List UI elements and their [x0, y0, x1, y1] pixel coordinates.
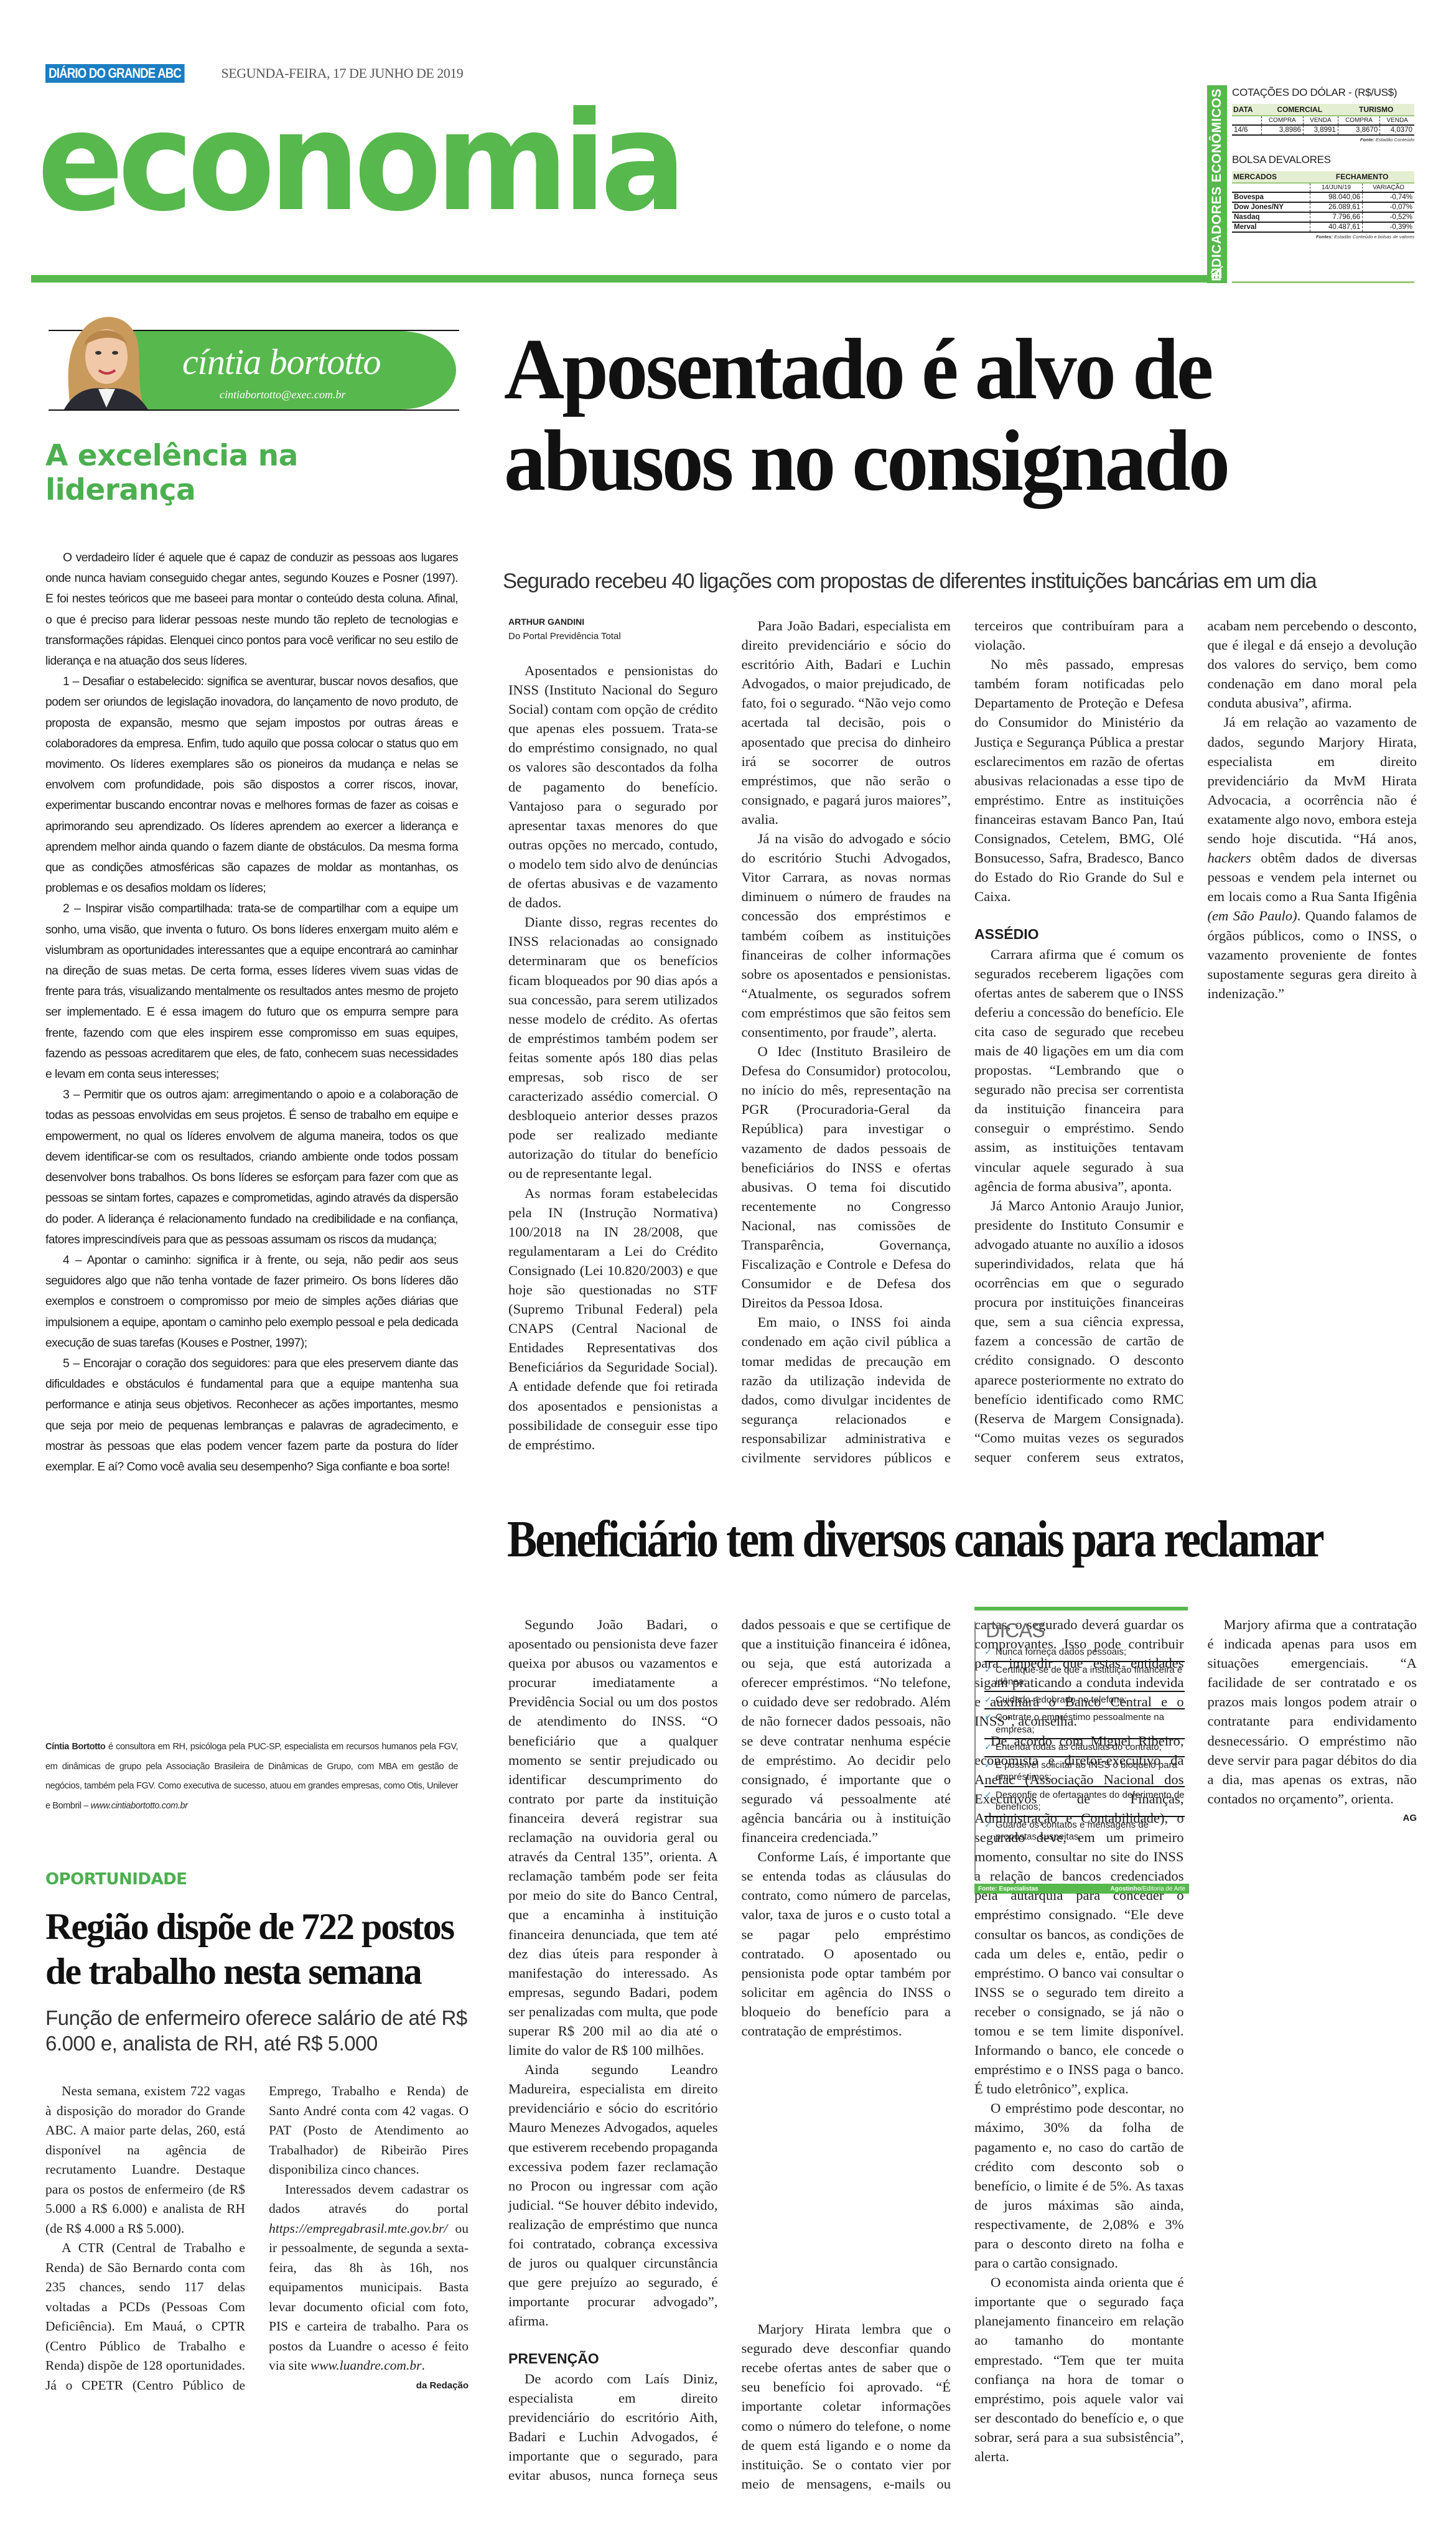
- cell-value: 4,0370: [1380, 125, 1414, 135]
- newspaper-logo[interactable]: DIÁRIO DO GRANDE ABC: [45, 64, 184, 83]
- col-header: FECHAMENTO: [1310, 171, 1414, 183]
- main-story-body: ARTHUR GANDINI Do Portal Previdência Tot…: [508, 616, 1417, 1481]
- list-item: ✓Guarde os contatos e mensagens de propo…: [984, 1817, 1185, 1846]
- table-row: Merval 40.487,61 -0,39%: [1232, 222, 1414, 232]
- cell-market: Nasdaq: [1232, 212, 1310, 222]
- checkmark-icon: ✓: [984, 1664, 993, 1688]
- paragraph: O empréstimo pode descontar, no máximo, …: [974, 2098, 1184, 2273]
- story-deck: Função de enfermeiro oferece salário de …: [45, 2005, 481, 2057]
- list-item: ✓Nunca forneça dados pessoais;: [984, 1644, 1185, 1662]
- sub-header: VARIAÇÃO: [1363, 183, 1414, 192]
- column-body: O verdadeiro líder é aquele que é capaz …: [45, 548, 458, 1477]
- sub-header: [1232, 116, 1261, 125]
- tips-box-spacer: [742, 2040, 951, 2319]
- paragraph: Conforme Laís, é importante que se enten…: [742, 1847, 951, 2040]
- sub-header: 14/JUN/19: [1310, 183, 1362, 192]
- paragraph: O verdadeiro líder é aquele que é capaz …: [45, 548, 458, 671]
- cell-close: 7.796,66: [1310, 212, 1362, 222]
- tips-title: DICAS: [986, 1619, 1045, 1642]
- list-item: ✓É possível solicitar ao INSS o bloqueio…: [984, 1757, 1185, 1787]
- indicators-label: INDICADORES ECONÔMICOS: [1210, 88, 1225, 281]
- cell-change: -0,07%: [1363, 202, 1414, 212]
- sub-header: COMPRA: [1261, 116, 1303, 125]
- story-credit: da Redação: [400, 2376, 469, 2396]
- section-title: economia: [37, 93, 681, 230]
- tips-source: Fonte: Especialistas: [978, 1886, 1038, 1892]
- checkmark-icon: ✓: [984, 1646, 993, 1658]
- list-item: ✓Certifique-se de que a instituição fina…: [984, 1662, 1185, 1692]
- tips-list: ✓Nunca forneça dados pessoais; ✓Certifiq…: [984, 1644, 1185, 1846]
- paragraph: 3 – Permitir que os outros ajam: arregim…: [45, 1085, 458, 1250]
- cell-market: Dow Jones/NY: [1232, 202, 1310, 212]
- table-row: Dow Jones/NY 26.089,61 -0,07%: [1232, 202, 1414, 212]
- list-item: ✓Cuidado redobrado no telefone;: [984, 1692, 1185, 1710]
- empregabrasil-link[interactable]: https://empregabrasil.mte.gov.br/: [269, 2221, 447, 2236]
- tips-box: DICAS ✓Nunca forneça dados pessoais; ✓Ce…: [974, 1607, 1189, 1899]
- economic-indicators-box: INDICADORES ECONÔMICOS COTAÇÕES DO DÓLAR…: [1207, 85, 1422, 284]
- paragraph: Nesta semana, existem 722 vagas à dispos…: [45, 2082, 245, 2238]
- paragraph: 1 – Desafiar o estabelecido: significa s…: [45, 671, 458, 899]
- art-credit: Agostinho/Editoria de Arte: [1110, 1886, 1185, 1892]
- cell-change: -0,39%: [1363, 222, 1414, 232]
- cell-value: 3,8986: [1261, 125, 1303, 135]
- columnist-email-link[interactable]: cintiabortotto@exec.com.br: [220, 388, 346, 401]
- dollar-quotes-title: COTAÇÕES DO DÓLAR - (R$/US$): [1232, 86, 1414, 99]
- checkmark-icon: ✓: [984, 1694, 993, 1706]
- secondary-story-body: Segundo João Badari, o aposentado ou pen…: [508, 1615, 1417, 2499]
- checkmark-icon: ✓: [984, 1789, 993, 1813]
- cell-change: -0,52%: [1363, 212, 1414, 222]
- bio-author-name: Cíntia Bortotto: [45, 1742, 105, 1752]
- story-body: Nesta semana, existem 722 vagas à dispos…: [45, 2082, 469, 2395]
- tips-side-rule: [974, 1622, 976, 1880]
- paragraph: O Idec (Instituto Brasileiro de Defesa d…: [742, 1042, 951, 1312]
- columnist-name: cíntia bortotto: [182, 341, 381, 383]
- cell-market: Bovespa: [1232, 192, 1310, 202]
- dollar-source: Fonte: Estadão Conteúdo: [1232, 137, 1414, 143]
- checkmark-icon: ✓: [984, 1741, 993, 1754]
- tips-footer: Fonte: Especialistas Agostinho/Editoria …: [974, 1884, 1189, 1894]
- paragraph: 4 – Apontar o caminho: significa ir à fr…: [45, 1250, 458, 1353]
- col-header: COMERCIAL: [1261, 104, 1338, 116]
- cell-change: -0,74%: [1363, 192, 1414, 202]
- paragraph: O economista ainda orienta que é importa…: [974, 2273, 1184, 2466]
- paragraph: Marjory afirma que a contratação é indic…: [1208, 1615, 1417, 1808]
- sub-header: COMPRA: [1338, 116, 1379, 125]
- cell-close: 40.487,61: [1310, 222, 1362, 232]
- cell-value: 3,8991: [1303, 125, 1338, 135]
- table-row: Bovespa 98.040,06 -0,74%: [1232, 192, 1414, 202]
- story-headline: Região dispõe de 722 postos de trabalho …: [45, 1904, 481, 1994]
- chart-trend-icon: [1210, 266, 1224, 279]
- col-header: MERCADOS: [1232, 171, 1310, 183]
- byline-organization: Do Portal Previdência Total: [508, 627, 718, 646]
- indicators-sidebar: INDICADORES ECONÔMICOS: [1207, 85, 1227, 283]
- columnist-banner: cíntia bortotto cintiabortotto@exec.com.…: [45, 330, 459, 411]
- col-header: DATA: [1232, 104, 1261, 116]
- masthead-bar: DIÁRIO DO GRANDE ABC SEGUNDA-FEIRA, 17 D…: [45, 62, 463, 85]
- author-website-link[interactable]: www.cintiabortotto.com.br: [91, 1801, 188, 1811]
- sub-header: VENDA: [1303, 116, 1338, 125]
- paragraph: Já na visão do advogado e sócio do escri…: [742, 829, 951, 1042]
- checkmark-icon: ✓: [984, 1759, 993, 1783]
- paragraph: Para João Badari, especialista em direit…: [742, 616, 951, 829]
- columnist-photo: [45, 308, 157, 409]
- cell-market: Merval: [1232, 222, 1310, 232]
- paragraph: Carrara afirma que é comum os segurados …: [974, 945, 1184, 1196]
- list-item: ✓Contrate o empréstimo pessoalmente na e…: [984, 1709, 1185, 1739]
- paragraph: As normas foram estabelecidas pela IN (I…: [508, 1184, 718, 1454]
- sub-header: VENDA: [1380, 116, 1414, 125]
- table-row: 14/6 3,8986 3,8991 3,8670 4,0370: [1232, 125, 1414, 135]
- cell-value: 3,8670: [1338, 125, 1379, 135]
- story-kicker: OPORTUNIDADE: [45, 1870, 187, 1889]
- table-row: Nasdaq 7.796,66 -0,52%: [1232, 212, 1414, 222]
- stock-exchange-table: MERCADOS FECHAMENTO 14/JUN/19 VARIAÇÃO B…: [1232, 171, 1414, 233]
- cell-date: 14/6: [1232, 125, 1261, 135]
- issue-date: SEGUNDA-FEIRA, 17 DE JUNHO DE 2019: [222, 65, 464, 82]
- paragraph: Diante disso, regras recentes do INSS re…: [508, 912, 718, 1183]
- col-header: TURISMO: [1338, 104, 1414, 116]
- subhead-prevencao: PREVENÇÃO: [508, 2349, 718, 2368]
- cell-close: 26.089,61: [1310, 202, 1362, 212]
- checkmark-icon: ✓: [984, 1711, 993, 1736]
- paragraph: Aposentados e pensionistas do INSS (Inst…: [508, 661, 718, 912]
- list-item: ✓Entenda todas as cláusulas do contrato;: [984, 1739, 1185, 1757]
- stocks-source: Fontes: Estadão Conteúdo e bolsas de val…: [1232, 234, 1414, 240]
- paragraph: 2 – Inspirar visão compartilhada: trata-…: [45, 899, 458, 1085]
- cell-close: 98.040,06: [1310, 192, 1362, 202]
- checkmark-icon: ✓: [984, 1819, 993, 1843]
- section-divider: [31, 275, 1213, 283]
- paragraph: 5 – Encorajar o coração dos seguidores: …: [45, 1353, 458, 1477]
- paragraph: Ainda segundo Leandro Madureira, especia…: [508, 2060, 718, 2330]
- story-signature: AG: [1387, 1808, 1417, 1828]
- indicators-bottom-rule: [1232, 281, 1414, 283]
- paragraph: Já em relação ao vazamento de dados, seg…: [1208, 713, 1417, 1003]
- paragraph: Interessados devem cadastrar os dados at…: [269, 2180, 469, 2376]
- stock-exchange-title: BOLSA DEVALORES: [1232, 154, 1414, 166]
- paragraph: Segundo João Badari, o aposentado ou pen…: [508, 1615, 718, 2060]
- paragraph: No mês passado, empresas também foram no…: [974, 655, 1184, 906]
- list-item: ✓Desconfie de ofertas antes do deferimen…: [984, 1787, 1185, 1817]
- main-deck: Segurado recebeu 40 ligações com propost…: [503, 569, 1455, 594]
- secondary-headline: Beneficiário tem diversos canais para re…: [507, 1513, 1320, 1566]
- indicators-content: COTAÇÕES DO DÓLAR - (R$/US$) DATA COMERC…: [1232, 85, 1414, 251]
- banner-rule: [49, 409, 459, 411]
- subhead-assedio: ASSÉDIO: [974, 925, 1184, 944]
- tips-top-rule: [974, 1607, 1188, 1610]
- author-bio: Cíntia Bortotto é consultora em RH, psic…: [45, 1737, 458, 1816]
- column-headline: A excelência na liderança: [45, 439, 456, 508]
- byline-author: ARTHUR GANDINI: [508, 616, 718, 627]
- sub-header: [1232, 183, 1310, 192]
- main-headline: Aposentado é alvo de abusos no consignad…: [504, 324, 1412, 507]
- luandre-link[interactable]: www.luandre.com.br: [310, 2358, 422, 2373]
- person-portrait-icon: [45, 308, 157, 409]
- dollar-quotes-table: DATA COMERCIAL TURISMO COMPRA VENDA COMP…: [1232, 104, 1414, 136]
